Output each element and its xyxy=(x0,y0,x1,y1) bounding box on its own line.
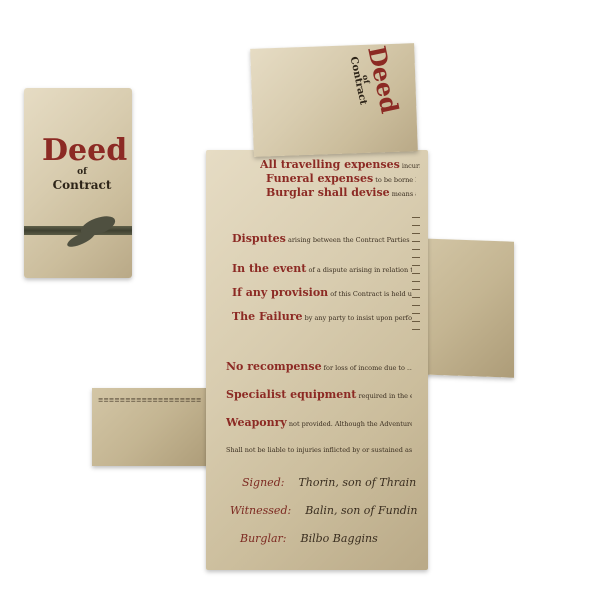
clause: Shall not be liable to injuries inflicte… xyxy=(226,446,412,454)
clause: Disputes arising between the Contract Pa… xyxy=(232,232,412,245)
signature-witnessed: Witnessed:Balin, son of Fundin xyxy=(230,504,417,517)
left-flap: ≡≡≡≡≡≡≡≡≡≡≡≡≡≡≡≡≡≡≡≡≡≡≡ xyxy=(92,388,210,466)
clause: Burglar shall devise means and methods o… xyxy=(266,186,416,199)
clause: Weaponry not provided. Although the Adve… xyxy=(226,416,412,429)
clause: Specialist equipment required in the exe… xyxy=(226,388,412,401)
rolled-deed: Deed of Contract xyxy=(24,88,132,278)
cover-title: Deed of Contract xyxy=(346,44,400,111)
cover-flap: Deed of Contract xyxy=(250,43,418,157)
clause: All travelling expenses incurred to and … xyxy=(260,158,420,171)
signature-signed: Signed:Thorin, son of Thrain xyxy=(242,476,416,489)
clause: No recompense for loss of income due to … xyxy=(226,360,412,373)
main-scroll: All travelling expenses incurred to and … xyxy=(206,150,428,570)
right-flap xyxy=(416,238,514,377)
flap-text: ≡≡≡≡≡≡≡≡≡≡≡≡≡≡≡≡≡≡≡≡≡≡≡ xyxy=(98,396,202,404)
clause: If any provision of this Contract is hel… xyxy=(232,286,412,299)
clause: In the event of a dispute arising in rel… xyxy=(232,262,412,275)
clause: The Failure by any party to insist upon … xyxy=(232,310,412,323)
signature-burglar: Burglar:Bilbo Baggins xyxy=(240,532,378,545)
rolled-deed-title: Deed of Contract xyxy=(42,136,122,191)
clause: Funeral expenses to be borne by ... if n… xyxy=(266,172,416,185)
